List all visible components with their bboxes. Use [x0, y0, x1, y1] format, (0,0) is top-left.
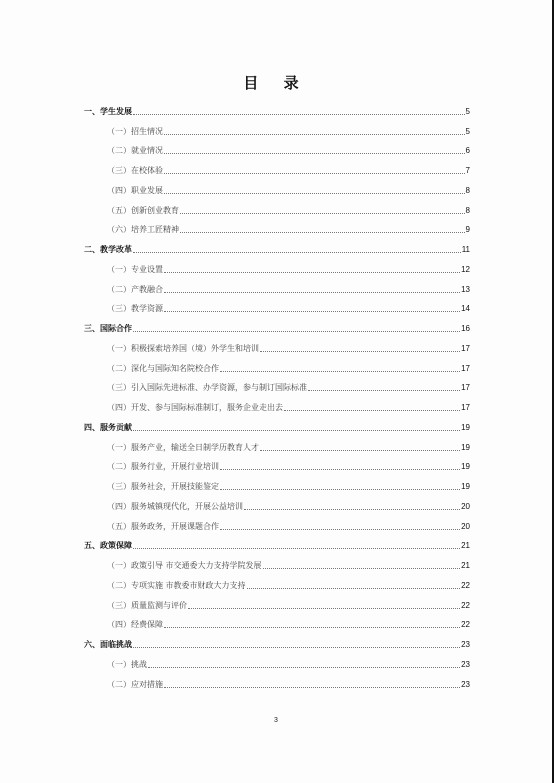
- page-number: 3: [0, 717, 552, 724]
- toc-subsection-entry[interactable]: （四）开发、参与国际标准制订，服务企业走出去17: [84, 393, 470, 413]
- table-of-contents: 一、学生发展5（一）招生情况5（二）就业情况6（三）在校体验7（四）职业发展8（…: [84, 97, 470, 690]
- toc-subsection-entry[interactable]: （二）产教融合13: [84, 275, 470, 295]
- document-page: 目 录 一、学生发展5（一）招生情况5（二）就业情况6（三）在校体验7（四）职业…: [0, 0, 552, 783]
- toc-subsection-entry[interactable]: （二）服务行业，开展行业培训19: [84, 453, 470, 473]
- toc-section-entry[interactable]: 二、教学改革11: [84, 235, 470, 255]
- toc-entry-label: （二）就业情况: [107, 146, 163, 156]
- toc-entry-page-number: 16: [461, 324, 470, 334]
- toc-entry-label: （三）服务社会，开展技能鉴定: [107, 482, 219, 492]
- dot-leader: [180, 212, 465, 214]
- toc-entry-page-number: 19: [461, 482, 470, 492]
- toc-entry-page-number: 21: [461, 561, 470, 571]
- toc-entry-page-number: 5: [466, 127, 470, 137]
- toc-subsection-entry[interactable]: （四）服务城镇现代化，开展公益培训20: [84, 492, 470, 512]
- toc-subsection-entry[interactable]: （三）引入国际先进标准、办学资源，参与制订国际标准17: [84, 374, 470, 394]
- toc-entry-label: （二）产教融合: [107, 285, 163, 295]
- dot-leader: [247, 587, 461, 589]
- toc-subsection-entry[interactable]: （三）服务社会，开展技能鉴定19: [84, 472, 470, 492]
- toc-subsection-entry[interactable]: （一）招生情况5: [84, 117, 470, 137]
- toc-entry-label: 二、教学改革: [84, 245, 132, 255]
- toc-subsection-entry[interactable]: （二）专项实施 市教委市财政大力支持22: [84, 571, 470, 591]
- toc-section-entry[interactable]: 五、政策保障21: [84, 532, 470, 552]
- dot-leader: [164, 192, 465, 194]
- dot-leader: [308, 389, 460, 391]
- toc-entry-page-number: 19: [461, 423, 470, 433]
- toc-entry-label: （六）培养工匠精神: [107, 225, 179, 235]
- toc-entry-label: （一）积极探索培养国（境）外学生和培训: [107, 344, 259, 354]
- toc-entry-label: （四）职业发展: [107, 186, 163, 196]
- toc-entry-page-number: 9: [466, 225, 470, 235]
- dot-leader: [164, 133, 465, 135]
- dot-leader: [260, 449, 460, 451]
- dot-leader: [164, 172, 465, 174]
- toc-entry-page-number: 8: [466, 186, 470, 196]
- toc-entry-page-number: 23: [461, 660, 470, 670]
- toc-subsection-entry[interactable]: （二）深化与国际知名院校合作17: [84, 354, 470, 374]
- toc-entry-label: （四）服务城镇现代化，开展公益培训: [107, 502, 243, 512]
- toc-subsection-entry[interactable]: （四）职业发展8: [84, 176, 470, 196]
- toc-entry-label: （四）开发、参与国际标准制订，服务企业走出去: [107, 403, 283, 413]
- toc-subsection-entry[interactable]: （四）经费保障22: [84, 611, 470, 631]
- toc-entry-label: 一、学生发展: [84, 107, 132, 117]
- toc-entry-page-number: 19: [461, 443, 470, 453]
- dot-leader: [133, 330, 460, 332]
- toc-entry-page-number: 11: [462, 245, 470, 255]
- dot-leader: [164, 310, 460, 312]
- toc-entry-page-number: 5: [466, 107, 470, 117]
- toc-entry-page-number: 17: [461, 403, 470, 413]
- toc-entry-label: （二）深化与国际知名院校合作: [107, 364, 219, 374]
- toc-entry-page-number: 20: [461, 522, 470, 532]
- toc-subsection-entry[interactable]: （一）专业设置12: [84, 255, 470, 275]
- toc-entry-label: 三、国际合作: [84, 324, 132, 334]
- toc-entry-page-number: 22: [461, 601, 470, 611]
- toc-entry-page-number: 17: [461, 344, 470, 354]
- toc-entry-label: （四）经费保障: [107, 620, 163, 630]
- toc-entry-label: 四、服务贡献: [84, 423, 132, 433]
- dot-leader: [133, 547, 460, 549]
- toc-entry-label: （二）服务行业，开展行业培训: [107, 462, 219, 472]
- dot-leader: [180, 231, 465, 233]
- toc-entry-page-number: 23: [461, 680, 470, 690]
- toc-entry-page-number: 21: [461, 541, 470, 551]
- toc-entry-page-number: 12: [461, 265, 470, 275]
- toc-entry-page-number: 17: [461, 364, 470, 374]
- toc-entry-page-number: 8: [466, 206, 470, 216]
- toc-entry-label: （一）挑战: [107, 660, 147, 670]
- toc-entry-page-number: 23: [461, 640, 470, 650]
- toc-subsection-entry[interactable]: （一）积极探索培养国（境）外学生和培训17: [84, 334, 470, 354]
- toc-subsection-entry[interactable]: （一）政策引导 市交通委大力支持学院发展21: [84, 551, 470, 571]
- toc-subsection-entry[interactable]: （一）挑战23: [84, 650, 470, 670]
- toc-section-entry[interactable]: 一、学生发展5: [84, 97, 470, 117]
- toc-entry-page-number: 20: [461, 502, 470, 512]
- toc-entry-label: （三）质量监测与评价: [107, 601, 187, 611]
- dot-leader: [164, 291, 460, 293]
- toc-subsection-entry[interactable]: （三）在校体验7: [84, 156, 470, 176]
- toc-subsection-entry[interactable]: （五）服务政务，开展课题合作20: [84, 512, 470, 532]
- dot-leader: [133, 646, 460, 648]
- toc-subsection-entry[interactable]: （一）服务产业，输送全日制学历教育人才19: [84, 433, 470, 453]
- dot-leader: [220, 528, 460, 530]
- toc-entry-label: 六、面临挑战: [84, 640, 132, 650]
- toc-entry-page-number: 13: [461, 285, 470, 295]
- toc-subsection-entry[interactable]: （二）就业情况6: [84, 137, 470, 157]
- toc-subsection-entry[interactable]: （六）培养工匠精神9: [84, 216, 470, 236]
- toc-entry-page-number: 22: [461, 620, 470, 630]
- toc-entry-page-number: 6: [466, 146, 470, 156]
- toc-entry-label: （二）专项实施 市教委市财政大力支持: [107, 581, 246, 591]
- dot-leader: [284, 409, 460, 411]
- toc-entry-page-number: 22: [461, 581, 470, 591]
- toc-entry-label: 五、政策保障: [84, 541, 132, 551]
- toc-entry-label: （五）创新创业教育: [107, 206, 179, 216]
- toc-entry-label: （五）服务政务，开展课题合作: [107, 522, 219, 532]
- toc-subsection-entry[interactable]: （三）教学资源14: [84, 295, 470, 315]
- dot-leader: [263, 567, 461, 569]
- dot-leader: [220, 488, 460, 490]
- dot-leader: [260, 350, 460, 352]
- toc-entry-label: （一）招生情况: [107, 127, 163, 137]
- dot-leader: [133, 113, 465, 115]
- dot-leader: [164, 271, 460, 273]
- dot-leader: [133, 251, 461, 253]
- page-title: 目 录: [0, 72, 552, 93]
- dot-leader: [220, 468, 460, 470]
- dot-leader: [148, 666, 460, 668]
- toc-section-entry[interactable]: 四、服务贡献19: [84, 413, 470, 433]
- toc-entry-label: （一）专业设置: [107, 265, 163, 275]
- toc-entry-label: （三）引入国际先进标准、办学资源，参与制订国际标准: [107, 383, 307, 393]
- toc-subsection-entry[interactable]: （二）应对措施23: [84, 670, 470, 690]
- toc-section-entry[interactable]: 六、面临挑战23: [84, 630, 470, 650]
- toc-entry-page-number: 19: [461, 462, 470, 472]
- dot-leader: [164, 686, 460, 688]
- dot-leader: [188, 607, 460, 609]
- toc-entry-page-number: 14: [461, 304, 470, 314]
- toc-entry-label: （三）教学资源: [107, 304, 163, 314]
- toc-entry-page-number: 17: [461, 383, 470, 393]
- toc-section-entry[interactable]: 三、国际合作16: [84, 314, 470, 334]
- dot-leader: [220, 370, 460, 372]
- toc-subsection-entry[interactable]: （三）质量监测与评价22: [84, 591, 470, 611]
- toc-subsection-entry[interactable]: （五）创新创业教育8: [84, 196, 470, 216]
- dot-leader: [244, 508, 460, 510]
- dot-leader: [164, 152, 465, 154]
- toc-entry-label: （一）政策引导 市交通委大力支持学院发展: [107, 561, 262, 571]
- toc-entry-label: （一）服务产业，输送全日制学历教育人才: [107, 443, 259, 453]
- dot-leader: [164, 626, 460, 628]
- toc-entry-label: （二）应对措施: [107, 680, 163, 690]
- toc-entry-page-number: 7: [466, 166, 470, 176]
- toc-entry-label: （三）在校体验: [107, 166, 163, 176]
- dot-leader: [133, 429, 460, 431]
